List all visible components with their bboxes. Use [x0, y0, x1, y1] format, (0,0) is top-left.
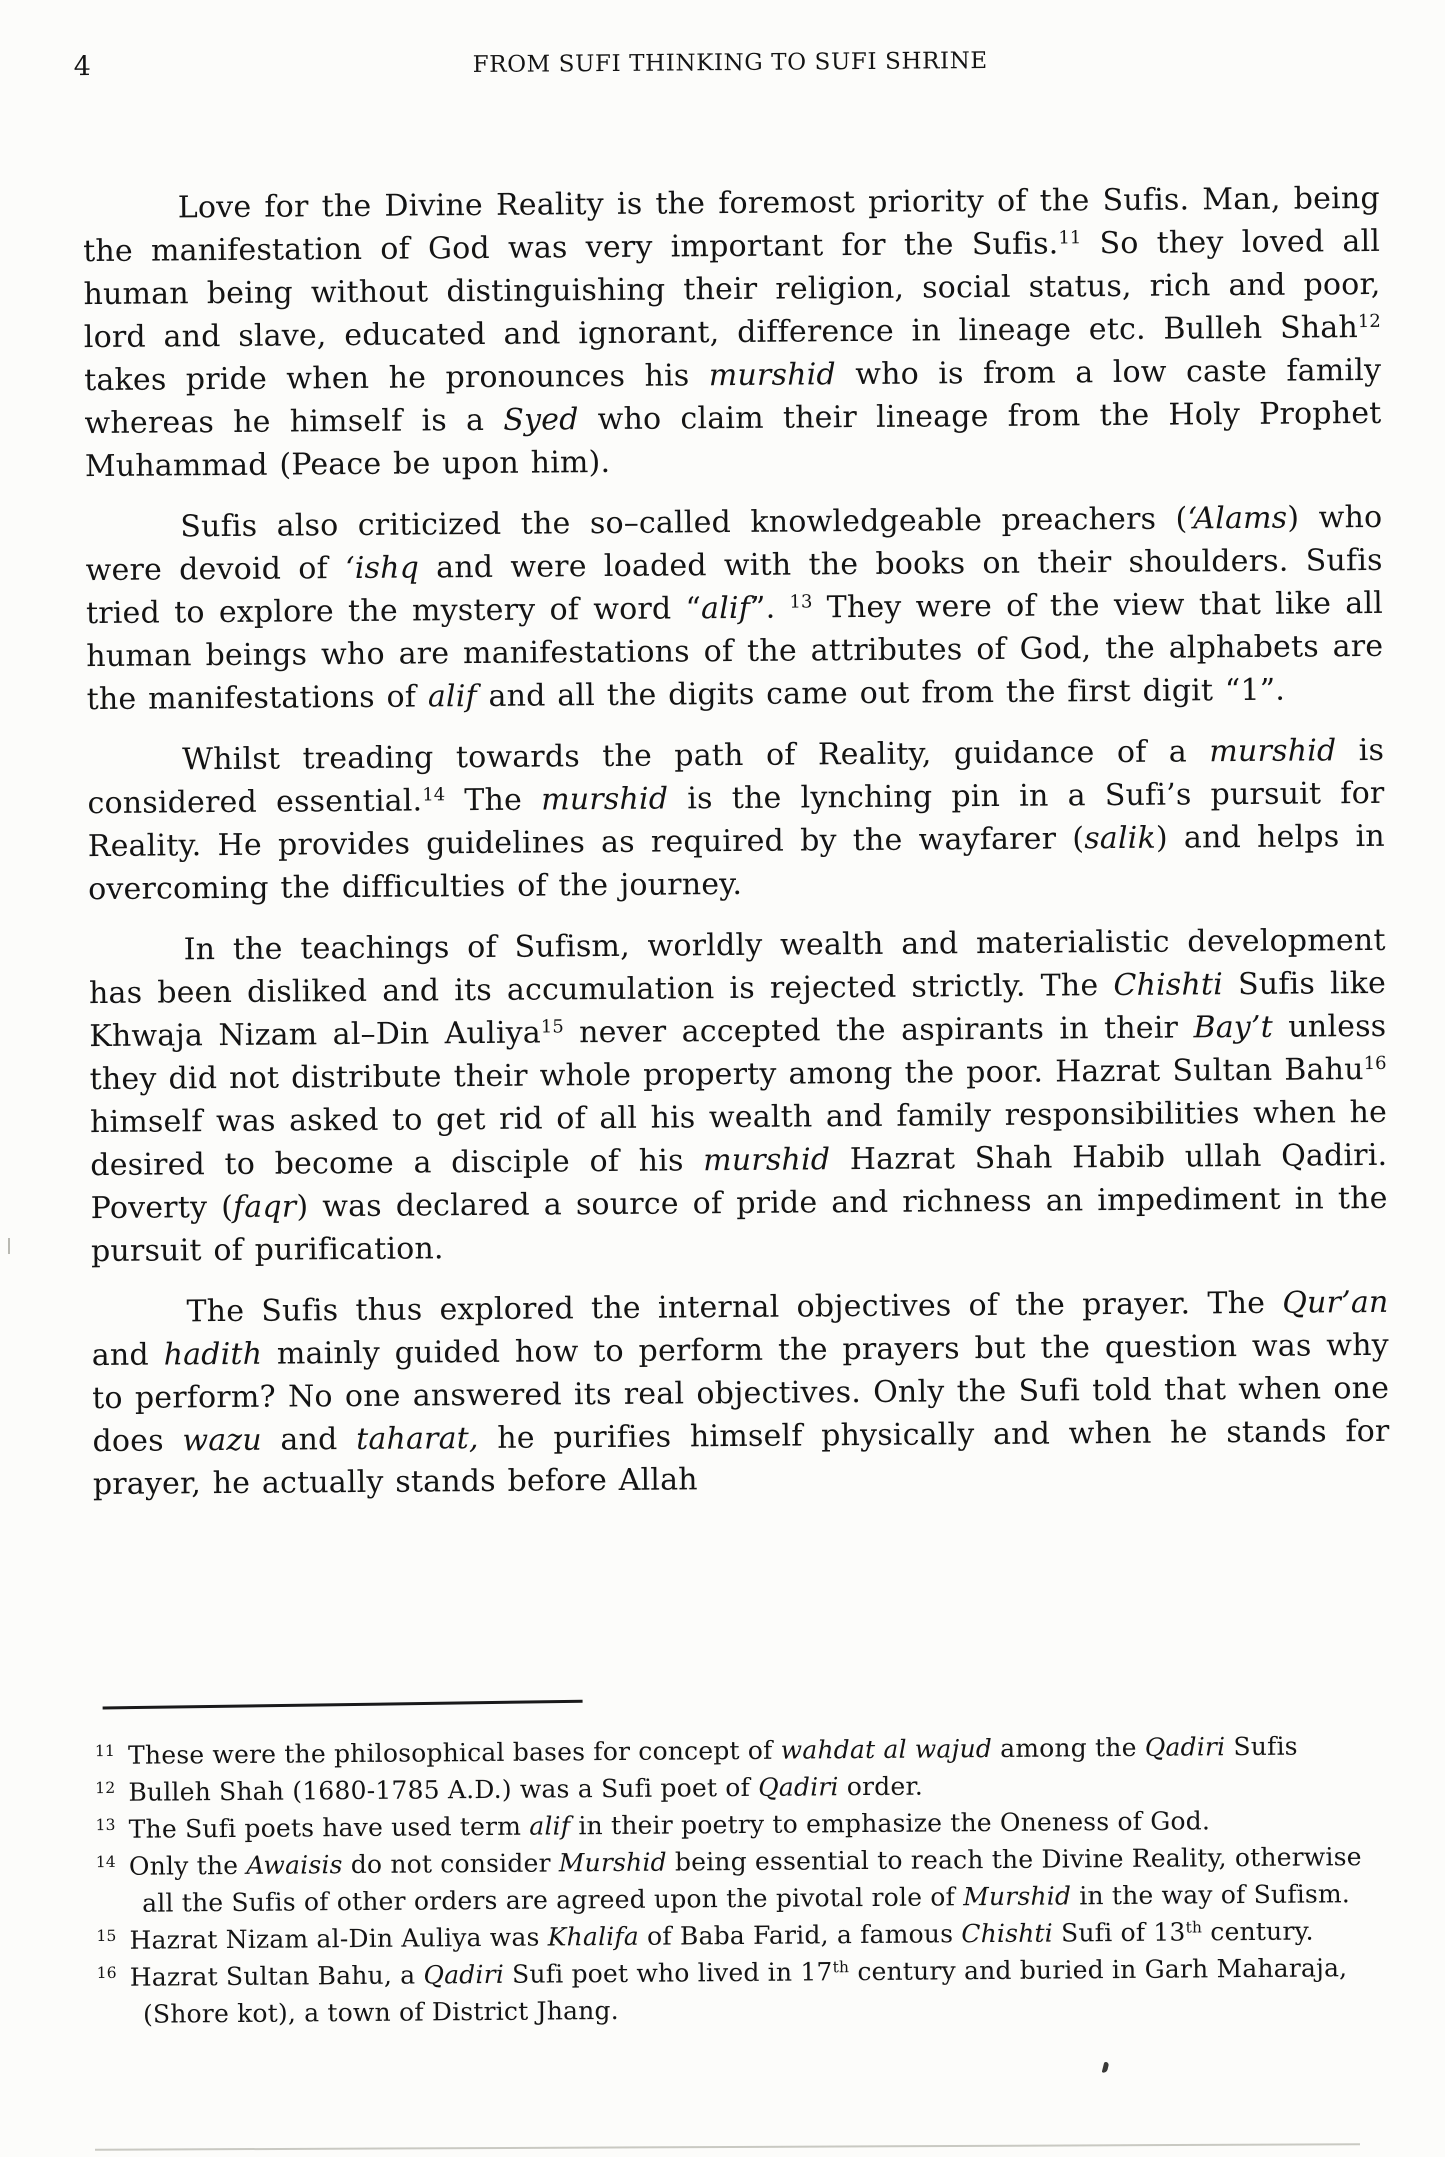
paragraph-1: Love for the Divine Reality is the forem… [83, 177, 1382, 488]
footnote-text: Only the Awaisis do not consider Murshid… [129, 1842, 1362, 1918]
paragraph-3: Whilst treading towards the path of Real… [87, 729, 1385, 911]
paragraph-5: The Sufis thus explored the internal obj… [91, 1281, 1390, 1506]
footnote-number: 14 [96, 1853, 116, 1871]
page-content: 4 FROM SUFI THINKING TO SUFI SHRINE Love… [81, 0, 1395, 2157]
running-title: FROM SUFI THINKING TO SUFI SHRINE [82, 45, 1379, 81]
footnote-text: These were the philosophical bases for c… [128, 1732, 1298, 1770]
paragraph-2: Sufis also criticized the so–called know… [85, 496, 1384, 721]
footnote-number: 15 [96, 1927, 116, 1945]
footnote-16: 16Hazrat Sultan Bahu, a Qadiri Sufi poet… [97, 1949, 1395, 2033]
footnote-14: 14Only the Awaisis do not consider Mursh… [96, 1838, 1394, 1922]
footnote-text: The Sufi poets have used term alif in th… [129, 1806, 1211, 1843]
footnote-number: 11 [95, 1742, 115, 1760]
footnote-number: 16 [97, 1964, 117, 1982]
footnote-text: Hazrat Sultan Bahu, a Qadiri Sufi poet w… [130, 1953, 1348, 2028]
footnote-separator [103, 1700, 583, 1710]
paragraph-4: In the teachings of Sufism, worldly weal… [89, 919, 1389, 1273]
footnote-text: Hazrat Nizam al-Din Auliya was Khalifa o… [129, 1917, 1313, 1955]
footnotes-section: 11These were the philosophical bases for… [95, 1727, 1394, 2033]
page-header: 4 FROM SUFI THINKING TO SUFI SHRINE [81, 0, 1379, 85]
scan-artifact-speck [8, 1238, 10, 1254]
body-text: Love for the Divine Reality is the forem… [83, 177, 1390, 1506]
footnote-number: 12 [95, 1779, 115, 1797]
footnote-text: Bulleh Shah (1680-1785 A.D.) was a Sufi … [128, 1772, 923, 1807]
scanned-book-page: 4 FROM SUFI THINKING TO SUFI SHRINE Love… [0, 0, 1445, 2157]
footnote-number: 13 [95, 1816, 115, 1834]
